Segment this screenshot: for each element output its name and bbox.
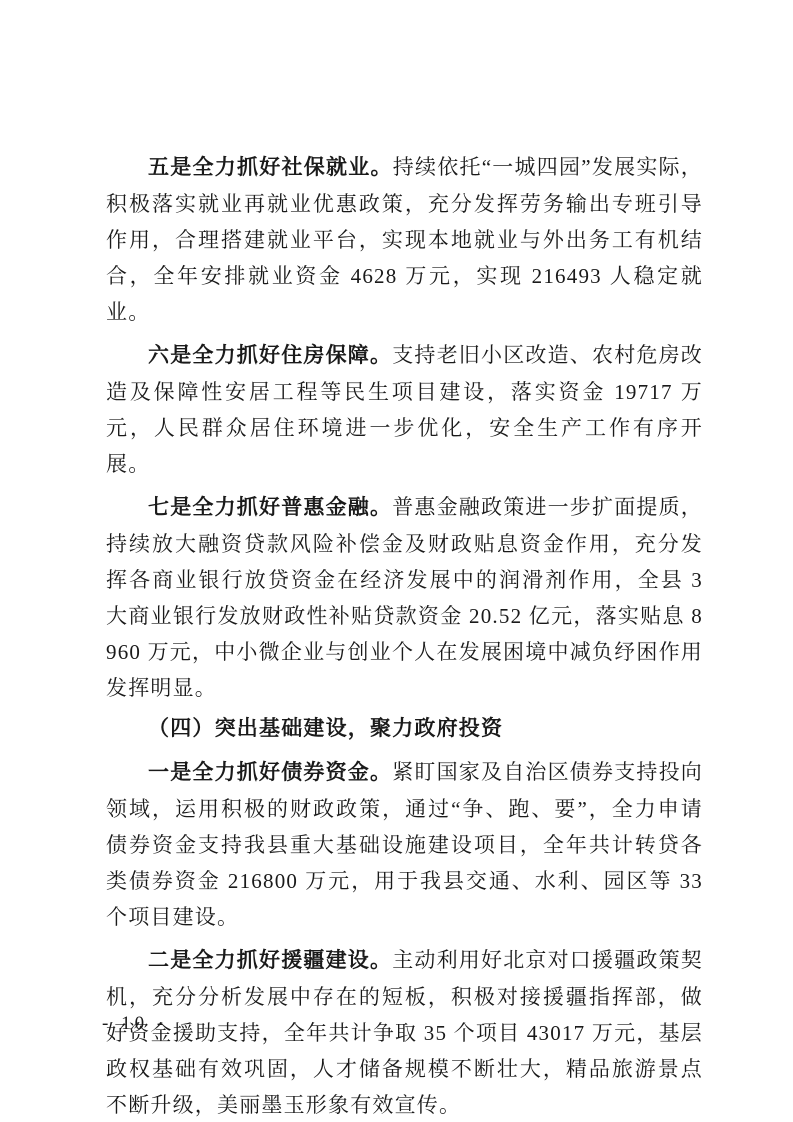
document-page: 五是全力抓好社保就业。持续依托“一城四园”发展实际，积极落实就业再就业优惠政策，… — [0, 0, 793, 1122]
paragraph-lead: 五是全力抓好社保就业。 — [148, 156, 393, 179]
paragraph-text: 持续依托“一城四园”发展实际，积极落实就业再就业优惠政策，充分发挥劳务输出专班引… — [106, 155, 703, 324]
paragraph-bond-funds: 一是全力抓好债券资金。紧盯国家及自治区债券支持投向领域，运用积极的财政政策，通过… — [106, 754, 703, 935]
paragraph-xinjiang-aid: 二是全力抓好援疆建设。主动利用好北京对口援疆政策契机，充分分析发展中存在的短板，… — [106, 942, 703, 1122]
paragraph-text: 普惠金融政策进一步扩面提质，持续放大融资贷款风险补偿金及财政贴息资金作用，充分发… — [106, 495, 703, 700]
paragraph-housing-security: 六是全力抓好住房保障。支持老旧小区改造、农村危房改造及保障性安居工程等民生项目建… — [106, 337, 703, 482]
paragraph-lead: 六是全力抓好住房保障。 — [148, 344, 392, 367]
paragraph-social-security-employment: 五是全力抓好社保就业。持续依托“一城四园”发展实际，积极落实就业再就业优惠政策，… — [106, 149, 703, 330]
section-heading: （四）突出基础建设，聚力政府投资 — [106, 711, 703, 747]
paragraph-text: 紧盯国家及自治区债券支持投向领域，运用积极的财政政策，通过“争、跑、要”，全力申… — [106, 760, 703, 929]
paragraph-text: 主动利用好北京对口援疆政策契机，充分分析发展中存在的短板，积极对接援疆指挥部，做… — [106, 948, 703, 1117]
paragraph-inclusive-finance: 七是全力抓好普惠金融。普惠金融政策进一步扩面提质，持续放大融资贷款风险补偿金及财… — [106, 489, 703, 706]
page-number: - 10 - — [102, 1013, 167, 1035]
paragraph-lead: 七是全力抓好普惠金融。 — [148, 496, 392, 519]
paragraph-lead: 一是全力抓好债券资金。 — [148, 761, 392, 784]
paragraph-lead: 二是全力抓好援疆建设。 — [148, 949, 392, 972]
